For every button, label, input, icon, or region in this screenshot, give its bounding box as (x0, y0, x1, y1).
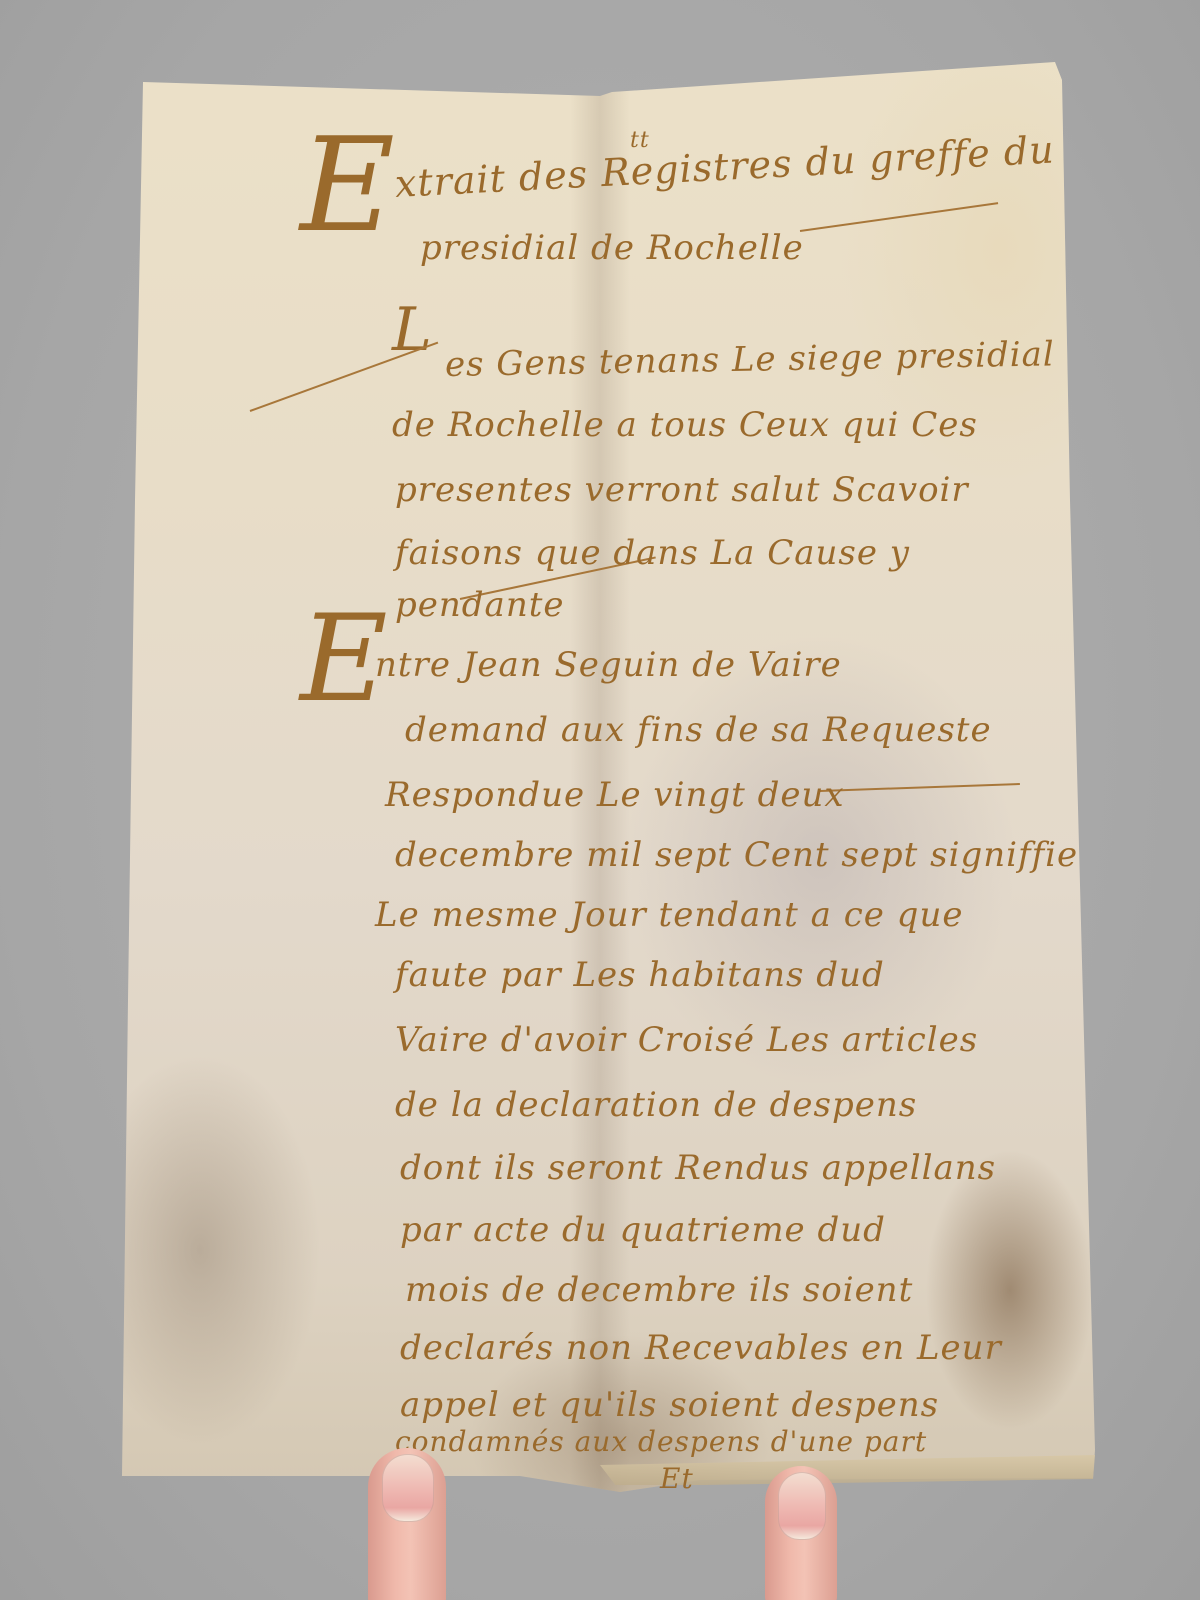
manuscript-line: demand aux fins de sa Requeste (405, 710, 992, 750)
manuscript-line: mois de decembre ils soient (405, 1270, 913, 1310)
manuscript-line: appel et qu'ils soient despens (400, 1385, 939, 1425)
right-finger (765, 1466, 837, 1600)
manuscript-line: pendante (395, 585, 565, 625)
manuscript-line: presentes verront salut Scavoir (395, 470, 969, 510)
fingernail (382, 1454, 434, 1522)
photo-stage: tt E L E xtrait des Registres du greffe … (0, 0, 1200, 1600)
manuscript-line: Le mesme Jour tendant a ce que (375, 895, 963, 935)
manuscript-line: de Rochelle a tous Ceux qui Ces (392, 405, 978, 445)
initial-letter-e: E (300, 120, 395, 250)
manuscript-line: faisons que dans La Cause y (395, 533, 910, 573)
left-finger (368, 1448, 446, 1600)
manuscript-line: dont ils seront Rendus appellans (400, 1148, 996, 1188)
manuscript-line: declarés non Recevables en Leur (400, 1328, 1002, 1368)
fingernail (778, 1472, 826, 1540)
manuscript-line: decembre mil sept Cent sept signiffie (395, 835, 1078, 875)
manuscript-line: par acte du quatrieme dud (400, 1210, 886, 1250)
manuscript-line: Et (660, 1462, 694, 1495)
manuscript-line: faute par Les habitans dud (395, 955, 885, 995)
manuscript-line: ntre Jean Seguin de Vaire (375, 645, 842, 685)
manuscript-line: condamnés aux despens d'une part (395, 1425, 927, 1458)
manuscript-line: Respondue Le vingt deux (385, 775, 845, 815)
manuscript-line: de la declaration de despens (395, 1085, 917, 1125)
manuscript-line: presidial de Rochelle (420, 228, 804, 268)
manuscript-line: Vaire d'avoir Croisé Les articles (395, 1020, 978, 1060)
